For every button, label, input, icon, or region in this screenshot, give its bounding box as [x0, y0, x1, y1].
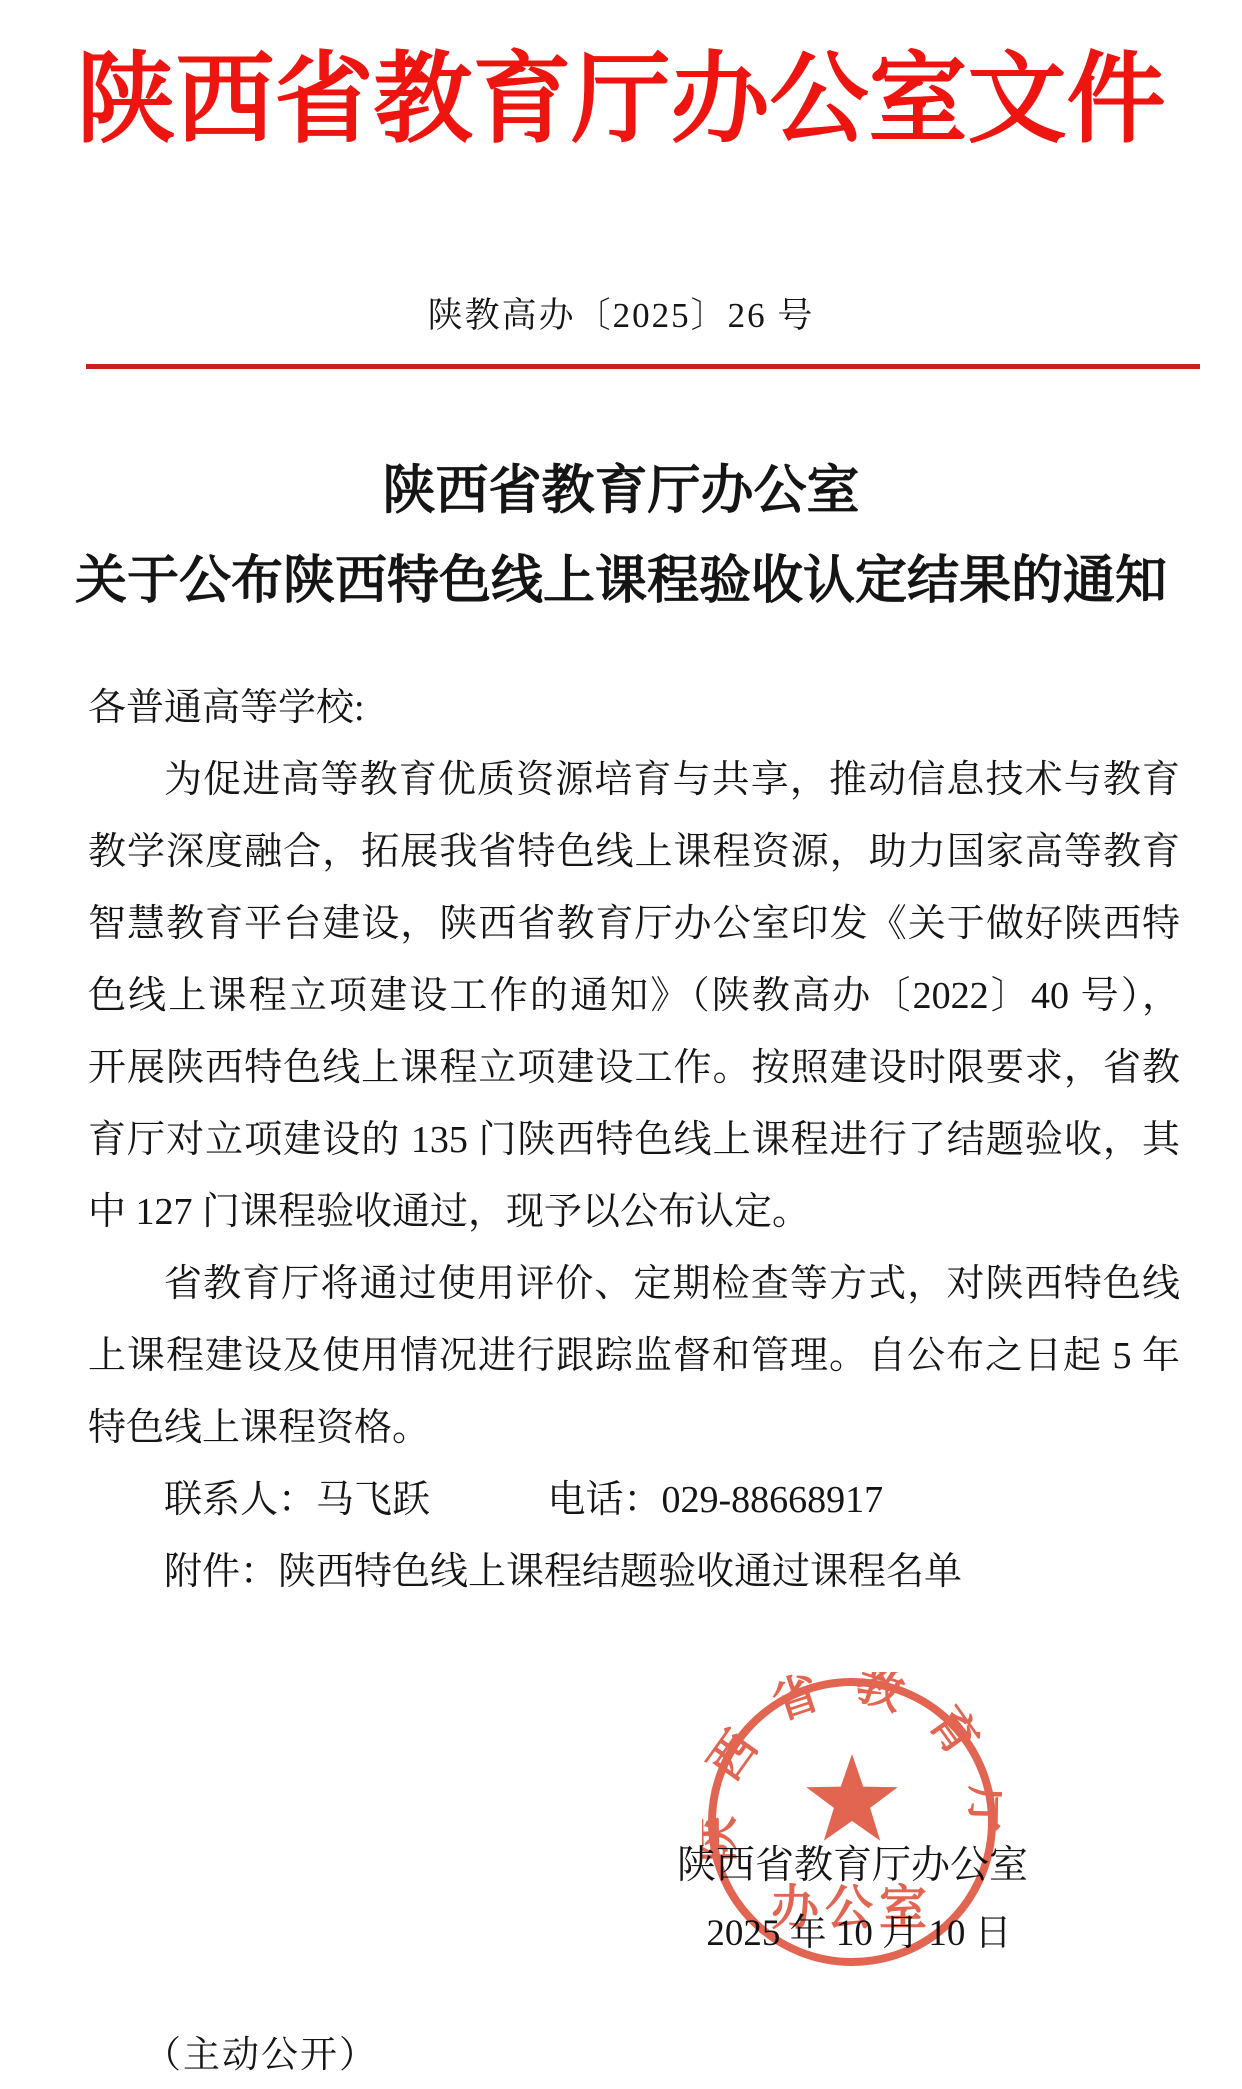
body-line: 开展陕西特色线上课程立项建设工作。按照建设时限要求，省教 [88, 1032, 1180, 1104]
attachment-line: 附件：陕西特色线上课程结题验收通过课程名单 [88, 1536, 1180, 1608]
notice-title-line1: 陕西省教育厅办公室 [0, 448, 1242, 524]
doc-number: 陕教高办〔2025〕26 号 [0, 288, 1242, 338]
body-line: 育厅对立项建设的 135 门陕西特色线上课程进行了结题验收，其 [88, 1104, 1180, 1176]
salutation: 各普通高等学校: [88, 672, 1180, 744]
signature-org: 陕西省教育厅办公室 [677, 1834, 1025, 1890]
body-line: 智慧教育平台建设，陕西省教育厅办公室印发《关于做好陕西特 [88, 888, 1180, 960]
document-page: 陕西省教育厅办公室文件 陕教高办〔2025〕26 号 陕西省教育厅办公室 关于公… [0, 0, 1242, 2089]
red-divider-line [86, 364, 1200, 369]
body-paragraphs: 为促进高等教育优质资源培育与共享，推动信息技术与教育教学深度融合，拓展我省特色线… [88, 744, 1180, 1464]
body-line: 为促进高等教育优质资源培育与共享，推动信息技术与教育 [88, 744, 1180, 816]
body-line: 教学深度融合，拓展我省特色线上课程资源，助力国家高等教育 [88, 816, 1180, 888]
body-line: 特色线上课程资格。 [88, 1392, 1180, 1464]
body-line: 上课程建设及使用情况进行跟踪监督和管理。自公布之日起 5 年 [88, 1320, 1180, 1392]
seal-star-icon [806, 1754, 897, 1841]
contact-line: 联系人：马飞跃 电话：029-88668917 [88, 1464, 1180, 1536]
signature-date: 2025 年 10 月 10 日 [700, 1902, 1018, 1956]
notice-title-line2: 关于公布陕西特色线上课程验收认定结果的通知 [0, 538, 1242, 613]
body-line: 中 127 门课程验收通过，现予以公布认定。 [88, 1176, 1180, 1248]
body-line: 省教育厅将通过使用评价、定期检查等方式，对陕西特色线 [88, 1248, 1180, 1320]
contact-person: 联系人：马飞跃 [164, 1479, 430, 1521]
letterhead-title: 陕西省教育厅办公室文件 [0, 34, 1242, 168]
notice-body: 各普通高等学校: 为促进高等教育优质资源培育与共享，推动信息技术与教育教学深度融… [88, 672, 1180, 1608]
body-line: 色线上课程立项建设工作的通知》（陕教高办〔2022〕40 号）， [88, 960, 1180, 1032]
contact-phone: 电话：029-88668917 [548, 1479, 884, 1521]
disclosure-note: （主动公开） [144, 2024, 378, 2078]
